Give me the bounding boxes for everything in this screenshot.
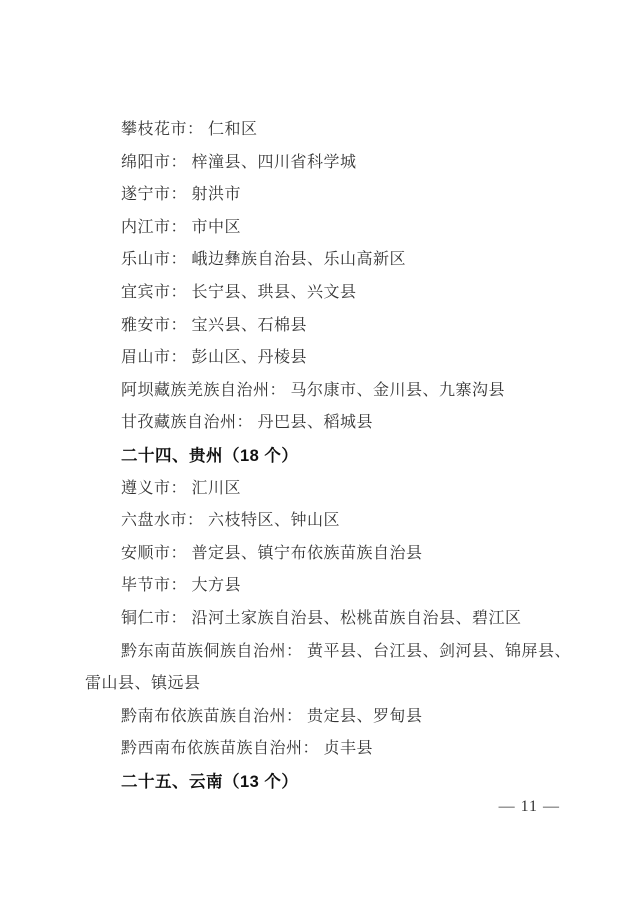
section-heading: 二十五、云南（13 个） <box>85 766 585 799</box>
document-line: 雷山县、镇远县 <box>85 668 585 701</box>
document-line: 毕节市： 大方县 <box>85 570 585 603</box>
document-line: 遂宁市： 射洪市 <box>85 179 585 212</box>
document-line: 绵阳市： 梓潼县、四川省科学城 <box>85 147 585 180</box>
document-line: 铜仁市： 沿河土家族自治县、松桃苗族自治县、碧江区 <box>85 603 585 636</box>
section-heading: 二十四、贵州（18 个） <box>85 440 585 473</box>
document-line: 六盘水市： 六枝特区、钟山区 <box>85 505 585 538</box>
document-line: 黔西南布依族苗族自治州： 贞丰县 <box>85 733 585 766</box>
page-number: — 11 — <box>499 798 560 815</box>
document-line: 黔东南苗族侗族自治州： 黄平县、台江县、剑河县、锦屏县、 <box>85 636 585 669</box>
document-body: 攀枝花市： 仁和区绵阳市： 梓潼县、四川省科学城遂宁市： 射洪市内江市： 市中区… <box>85 114 585 798</box>
document-line: 雅安市： 宝兴县、石棉县 <box>85 310 585 343</box>
document-line: 眉山市： 彭山区、丹棱县 <box>85 342 585 375</box>
document-line: 攀枝花市： 仁和区 <box>85 114 585 147</box>
document-line: 安顺市： 普定县、镇宁布依族苗族自治县 <box>85 538 585 571</box>
page-footer: — 11 — <box>499 798 560 816</box>
document-page: 攀枝花市： 仁和区绵阳市： 梓潼县、四川省科学城遂宁市： 射洪市内江市： 市中区… <box>0 0 640 905</box>
document-line: 乐山市： 峨边彝族自治县、乐山高新区 <box>85 244 585 277</box>
document-line: 内江市： 市中区 <box>85 212 585 245</box>
document-line: 宜宾市： 长宁县、珙县、兴文县 <box>85 277 585 310</box>
document-line: 阿坝藏族羌族自治州： 马尔康市、金川县、九寨沟县 <box>85 375 585 408</box>
document-line: 遵义市： 汇川区 <box>85 473 585 506</box>
document-line: 黔南布依族苗族自治州： 贵定县、罗甸县 <box>85 701 585 734</box>
document-line: 甘孜藏族自治州： 丹巴县、稻城县 <box>85 407 585 440</box>
